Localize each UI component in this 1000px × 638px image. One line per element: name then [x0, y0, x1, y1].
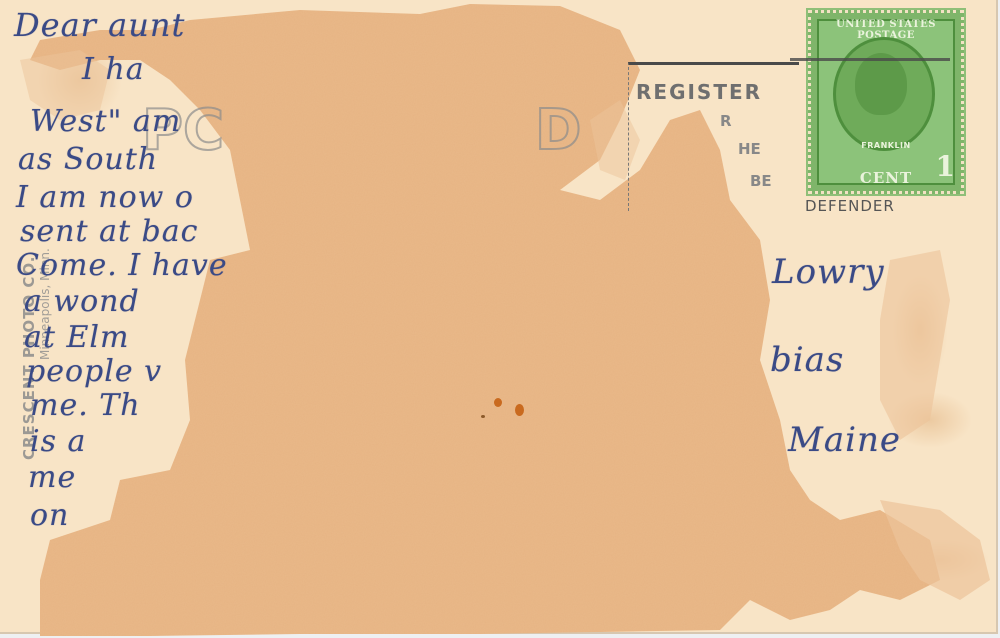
message-greeting: Dear aunt: [14, 6, 185, 44]
message-line: on: [30, 498, 69, 533]
message-line: a wond: [24, 284, 140, 319]
postmark-line: R: [720, 112, 732, 130]
rust-spot: [515, 404, 524, 416]
message-line: I ha: [82, 52, 145, 87]
postcard-watermark-right: D: [535, 98, 581, 163]
stamp-value: 1: [936, 150, 955, 183]
postage-stamp: UNITED STATES POSTAGE FRANKLIN CENT 1: [808, 10, 964, 194]
cancellation-line: [790, 58, 950, 61]
franklin-portrait-icon: [855, 53, 907, 115]
address-line-city: bias: [770, 340, 844, 380]
stamp-portrait-name: FRANKLIN: [811, 141, 961, 150]
rust-spot: [481, 415, 485, 418]
message-line: is a: [30, 424, 86, 459]
address-line-state: Maine: [788, 420, 901, 460]
message-line: people v: [26, 354, 162, 389]
postmark-slogan: REGISTER: [636, 80, 762, 104]
message-line: me. Th: [30, 388, 141, 423]
message-line: I am now o: [16, 180, 194, 215]
message-line: West" am: [30, 104, 181, 139]
postmark-footer: DEFENDER: [805, 197, 895, 215]
message-line: sent at bac: [20, 214, 198, 249]
address-line-name: Lowry: [772, 252, 885, 292]
postmark-line: HE: [738, 140, 761, 158]
postmark-line: BE: [750, 172, 772, 190]
postcard-back: PC D CRESCENT PHOTO CO. Minneapolis, Min…: [0, 0, 998, 634]
rust-spot: [494, 398, 502, 407]
message-line: at Elm: [24, 320, 129, 355]
message-line: as South: [18, 142, 158, 177]
message-line: Come. I have: [16, 248, 228, 283]
message-line: me: [28, 460, 76, 495]
